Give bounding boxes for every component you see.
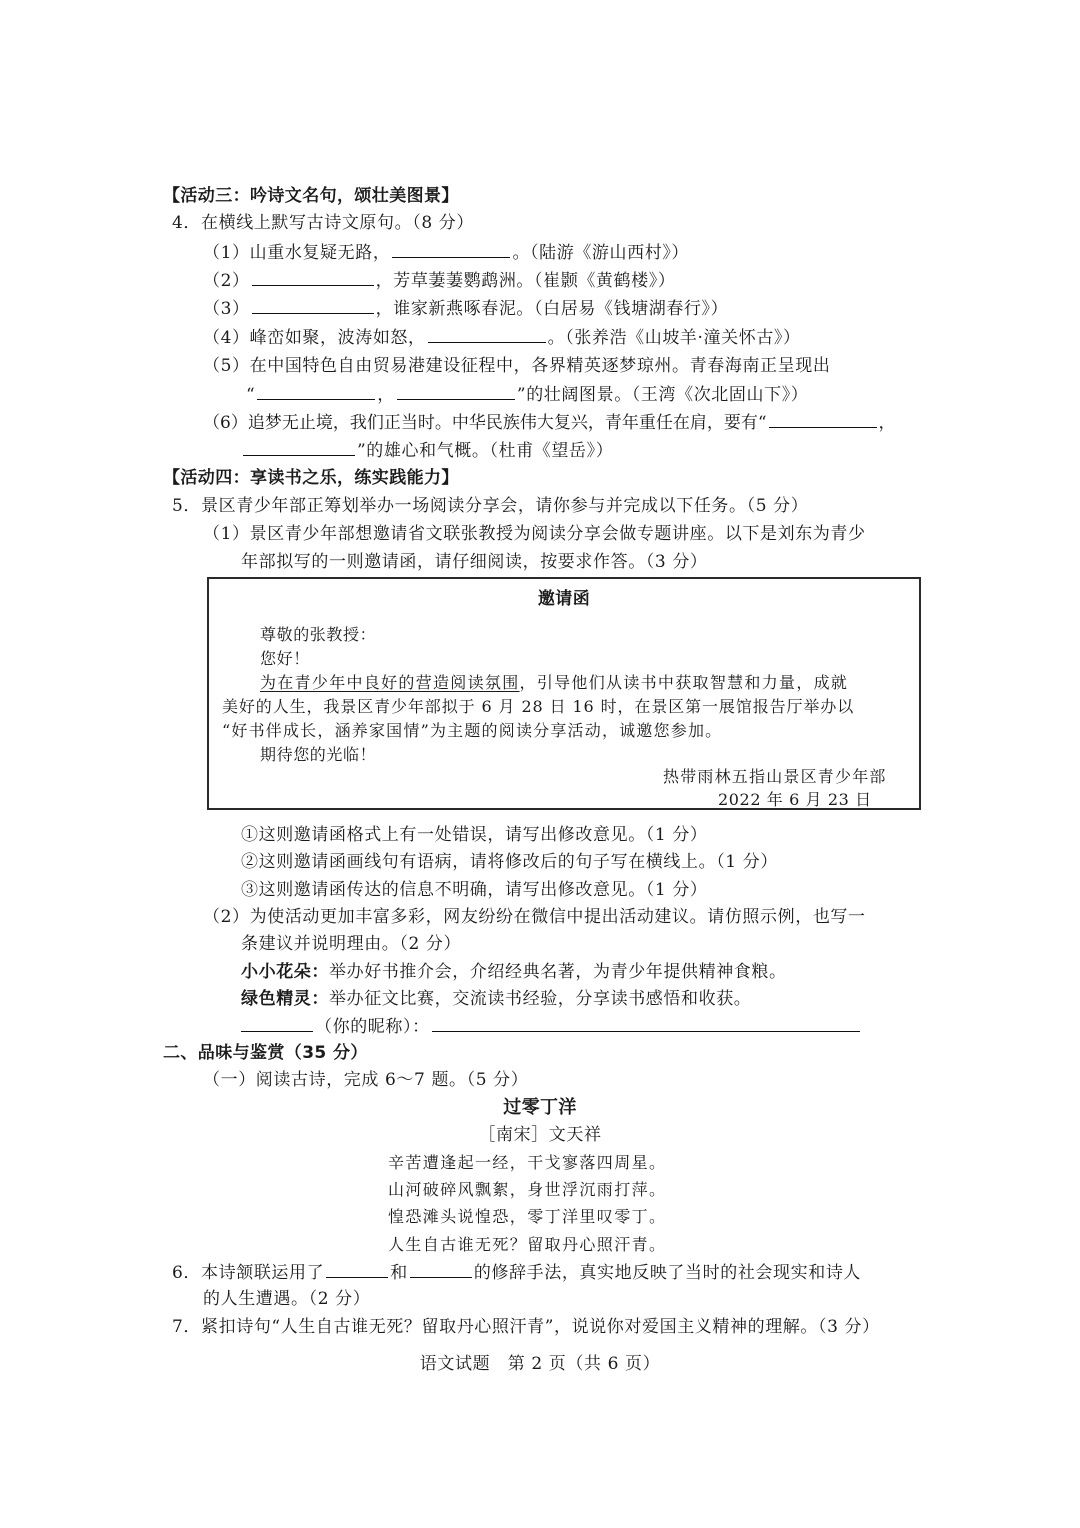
item-num: （2） [203,271,250,291]
example-name: 绿色精灵： [241,989,329,1009]
answer-blank[interactable] [243,439,355,456]
item-text: 峰峦如聚，波涛如怒， [250,328,426,348]
item-text: （6）追梦无止境，我们正当时。中华民族伟大复兴，青年重任在肩，要有“ [203,413,767,433]
q4-item-6-line2: ”的雄心和气概。（杜甫《望岳》） [241,439,613,462]
answer-blank[interactable] [397,383,515,400]
nickname-label: （你的昵称）： [315,1017,430,1037]
q6-text: 的修辞手法，真实地反映了当时的社会现实和诗人 [474,1263,861,1283]
example-2: 绿色精灵：举办征文比赛，交流读书经验，分享读书感悟和收获。 [241,988,751,1010]
q4-item-2: （2），芳草萋萋鹦鹉洲。（崔颢《黄鹤楼》） [203,269,675,292]
answer-blank[interactable] [326,1261,388,1278]
example-1: 小小花朵：举办好书推介会，介绍经典名著，为青少年提供精神食粮。 [241,961,787,983]
q5-part2-line2: 条建议并说明理由。（2 分） [241,933,461,955]
quote-mark: “ [246,385,255,405]
q4-item-5-line1: （5）在中国特色自由贸易港建设征程中，各界精英逐梦琼州。青春海南正呈现出 [203,355,830,377]
q6-line2: 的人生遭遇。（2 分） [203,1288,370,1310]
item-num: （4） [203,328,250,348]
q5-subq-1: ①这则邀请函格式上有一处错误，请写出修改意见。（1 分） [241,824,708,846]
item-source: ”的壮阔图景。（王湾《次北固山下》） [517,385,809,405]
answer-blank[interactable] [252,297,374,314]
q4-item-3: （3），谁家新燕啄春泥。（白居易《钱塘湖春行》） [203,297,728,320]
invitation-greeting: 您好！ [260,648,310,670]
q5-subq-2: ②这则邀请函画线句有语病，请将修改后的句子写在横线上。（1 分） [241,851,778,873]
activity3-title: 【活动三：吟诗文名句，颂壮美图景】 [163,185,459,207]
q5-subq-3: ③这则邀请函传达的信息不明确，请写出修改意见。（1 分） [241,879,708,901]
activity4-title: 【活动四：享读书之乐，练实践能力】 [163,467,459,489]
q4-item-5-line2: “，”的壮阔图景。（王湾《次北固山下》） [246,383,808,406]
invitation-body-line2: 美好的人生，我景区青少年部拟于 6 月 28 日 16 时，在景区第一展馆报告厅… [222,696,854,718]
q4-item-1: （1）山重水复疑无路，。（陆游《游山西村》） [203,241,689,264]
q4-item-6-line1: （6）追梦无止境，我们正当时。中华民族伟大复兴，青年重任在肩，要有“， [203,411,896,434]
q6-text: 6．本诗颔联运用了 [172,1263,324,1283]
poem-line-3: 惶恐滩头说惶恐，零丁洋里叹零丁。 [388,1206,666,1228]
q4-item-4: （4）峰峦如聚，波涛如怒，。（张养浩《山坡羊·潼关怀古》） [203,326,801,349]
item-text: 山重水复疑无路， [250,243,391,263]
q5-stem: 5．景区青少年部正筹划举办一场阅读分享会，请你参与并完成以下任务。（5 分） [172,495,808,517]
item-source: ，芳草萋萋鹦鹉洲。（崔颢《黄鹤楼》） [376,271,676,291]
answer-blank[interactable] [428,326,546,343]
invitation-signature: 热带雨林五指山景区青少年部 [663,766,887,788]
item-source: ”的雄心和气概。（杜甫《望岳》） [357,441,613,461]
section2-sub1: （一）阅读古诗，完成 6～7 题。（5 分） [203,1069,528,1091]
answer-blank[interactable] [410,1261,472,1278]
poem-title: 过零丁洋 [0,1097,1080,1119]
invitation-date: 2022 年 6 月 23 日 [718,789,872,811]
answer-blank[interactable] [257,383,375,400]
answer-blank[interactable] [252,269,374,286]
item-num: （3） [203,299,250,319]
invitation-closing: 期待您的光临！ [260,744,376,766]
example-text: 举办征文比赛，交流读书经验，分享读书感悟和收获。 [329,989,751,1009]
poem-line-2: 山河破碎风飘絮，身世浮沉雨打萍。 [388,1179,666,1201]
nickname-row: （你的昵称）： [241,1015,862,1038]
poem-author: ［南宋］文天祥 [0,1124,1080,1146]
q5-part2-line1: （2）为使活动更加丰富多彩，网友纷纷在微信中提出活动建议。请仿照示例，也写一 [203,906,866,928]
answer-blank[interactable] [392,241,510,258]
q7: 7．紧扣诗句“人生自古谁无死？留取丹心照汗青”，说说你对爱国主义精神的理解。（3… [172,1316,880,1338]
q6-line1: 6．本诗颔联运用了和的修辞手法，真实地反映了当时的社会现实和诗人 [172,1261,861,1284]
item-num: （1） [203,243,250,263]
invitation-body-line3: “好书伴成长，涵养家国情”为主题的阅读分享活动，诚邀您参加。 [222,720,722,742]
section2-title: 二、品味与鉴赏（35 分） [163,1042,368,1064]
q5-part1-line2: 年部拟写的一则邀请函，请仔细阅读，按要求作答。（3 分） [241,551,708,573]
invitation-title: 邀请函 [207,588,921,610]
poem-line-4: 人生自古谁无死？留取丹心照汗青。 [388,1234,666,1256]
comma: ， [879,413,896,433]
invitation-salutation: 尊敬的张教授： [260,624,376,646]
poem-line-1: 辛苦遭逢起一经，干戈寥落四周星。 [388,1152,666,1174]
q6-text: 和 [390,1263,408,1283]
nickname-blank[interactable] [241,1015,313,1032]
example-text: 举办好书推介会，介绍经典名著，为青少年提供精神食粮。 [329,962,787,982]
page-footer: 语文试题 第 2 页（共 6 页） [0,1353,1080,1375]
q5-part1-line1: （1）景区青少年部想邀请省文联张教授为阅读分享会做专题讲座。以下是刘东为青少 [203,523,866,545]
answer-blank[interactable] [769,411,877,428]
item-source: ，谁家新燕啄春泥。（白居易《钱塘湖春行》） [376,299,729,319]
body-text: ，引导他们从读书中获取智慧和力量，成就 [520,673,849,692]
suggestion-blank[interactable] [432,1015,860,1032]
invitation-body-line1: 为在青少年中良好的营造阅读氛围，引导他们从读书中获取智慧和力量，成就 [260,672,848,694]
example-name: 小小花朵： [241,962,329,982]
item-source: 。（陆游《游山西村》） [512,243,689,263]
item-source: 。（张养浩《山坡羊·潼关怀古》） [548,328,801,348]
q4-stem: 4．在横线上默写古诗文原句。（8 分） [172,212,474,234]
underlined-sentence: 为在青少年中良好的营造阅读氛围 [260,673,520,692]
comma: ， [377,385,395,405]
